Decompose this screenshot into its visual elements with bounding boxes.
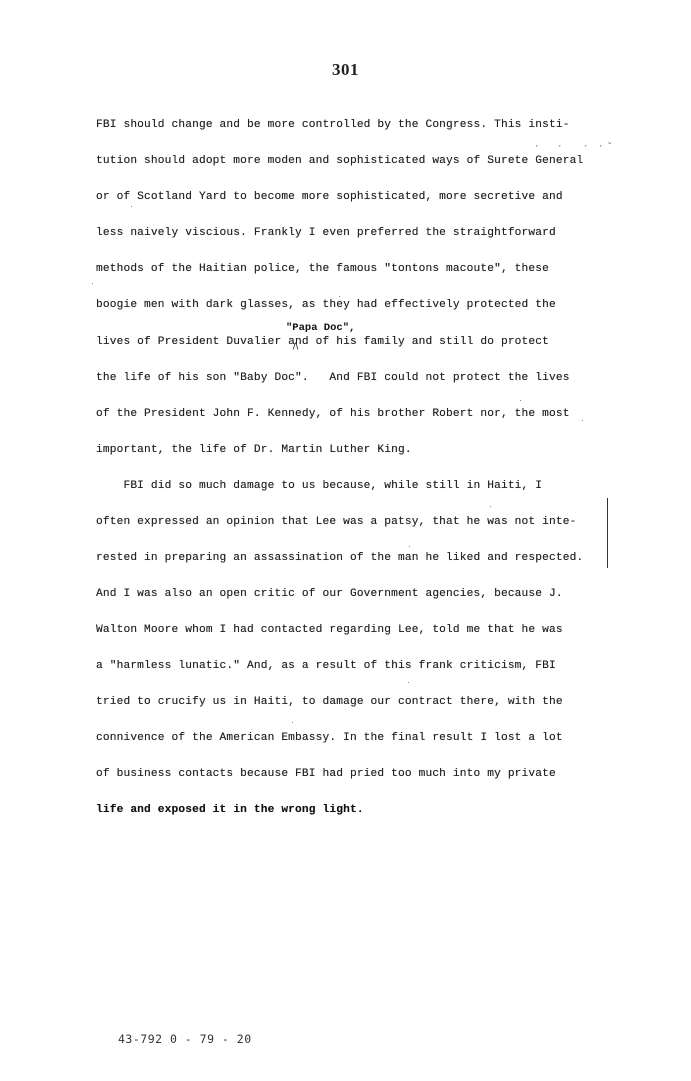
text-line: of the President John F. Kennedy, of his… [96, 407, 570, 421]
accent-mark: ´ [598, 145, 603, 155]
text-line: rested in preparing an assassination of … [96, 551, 583, 565]
scan-speck [520, 400, 521, 401]
scan-speck [582, 420, 583, 421]
page-number: 301 [0, 60, 691, 80]
text-line: boogie men with dark glasses, as they ha… [96, 298, 556, 312]
print-code-footer: 43-792 0 - 79 - 20 [118, 1032, 252, 1046]
margin-bracket-mark [607, 498, 608, 568]
text-line: life and exposed it in the wrong light. [96, 803, 364, 817]
scan-speck [292, 722, 293, 723]
text-line: connivence of the American Embassy. In t… [96, 731, 563, 745]
scan-speck [409, 546, 410, 547]
scan-speck [131, 206, 132, 207]
text-line: FBI should change and be more controlled… [96, 118, 570, 132]
scan-speck [339, 296, 340, 297]
text-line: often expressed an opinion that Lee was … [96, 515, 576, 529]
accent-mark: ˘ [607, 142, 612, 152]
accent-mark: ´ [534, 145, 539, 155]
text-line: tried to crucify us in Haiti, to damage … [96, 695, 563, 709]
text-line: a "harmless lunatic." And, as a result o… [96, 659, 556, 673]
text-line: tution should adopt more moden and sophi… [96, 154, 583, 168]
text-line: or of Scotland Yard to become more sophi… [96, 190, 563, 204]
text-line: lives of President Duvalier and of his f… [96, 335, 549, 349]
text-line: methods of the Haitian police, the famou… [96, 262, 549, 276]
text-line: less naively viscious. Frankly I even pr… [96, 226, 556, 240]
scan-speck [408, 682, 409, 683]
interlinear-insertion: "Papa Doc", [286, 322, 355, 334]
text-line: important, the life of Dr. Martin Luther… [96, 443, 412, 457]
text-line: Walton Moore whom I had contacted regard… [96, 623, 563, 637]
insertion-caret-mark: ^ [292, 340, 299, 358]
scan-speck [92, 283, 93, 284]
text-line: the life of his son "Baby Doc". And FBI … [96, 371, 570, 385]
text-line: of business contacts because FBI had pri… [96, 767, 556, 781]
scan-speck [490, 506, 491, 507]
text-line: FBI did so much damage to us because, wh… [96, 479, 542, 493]
accent-mark: ´ [557, 145, 562, 155]
accent-mark: ´ [583, 145, 588, 155]
text-line: And I was also an open critic of our Gov… [96, 587, 563, 601]
